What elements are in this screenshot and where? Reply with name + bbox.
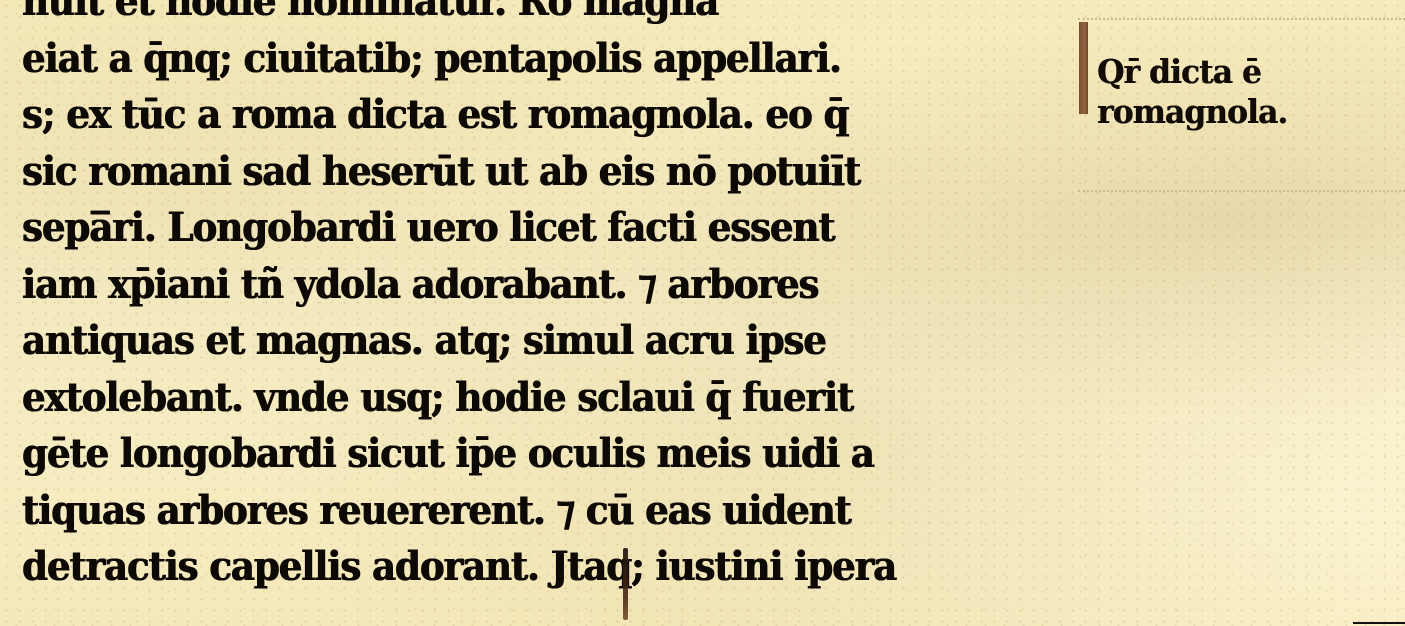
text-line: eiat a q̄nq; ciuitatib; pentapolis appel…	[22, 31, 961, 88]
text-line: tiquas arbores reuererent. ⁊ cū eas uide…	[22, 483, 961, 540]
rubric-rule	[1079, 22, 1088, 114]
text-line: extolebant. vnde usq; hodie sclaui q̄ fu…	[22, 370, 961, 427]
marginal-note-line: Qr̄ dicta ē	[1097, 52, 1382, 92]
crop-edge-mark	[1353, 622, 1405, 624]
main-text-column: nuit et hodie nominatur. Ro magna eiat a…	[22, 0, 1032, 596]
text-line: detractis capellis adorant. Jtaq; iustin…	[22, 539, 961, 596]
paragraph-mark	[623, 548, 628, 620]
text-line: gēte longobardi sicut ip̄e oculis meis u…	[22, 426, 961, 483]
text-line: sic romani sad heserūt ut ab eis nō potu…	[22, 144, 961, 201]
text-line: s; ex tūc a roma dicta est romagnola. eo…	[22, 87, 961, 144]
text-line: iam xp̄iani tñ ydola adorabant. ⁊ arbore…	[22, 257, 961, 314]
text-line: sepa̅ri. Longobardi uero licet facti ess…	[22, 200, 961, 257]
marginal-note-line: romagnola.	[1097, 92, 1382, 132]
marginal-note: Qr̄ dicta ē romagnola.	[1097, 52, 1397, 132]
text-line: nuit et hodie nominatur. Ro magna	[22, 0, 961, 31]
text-line: antiquas et magnas. atq; simul acru ipse	[22, 313, 961, 370]
